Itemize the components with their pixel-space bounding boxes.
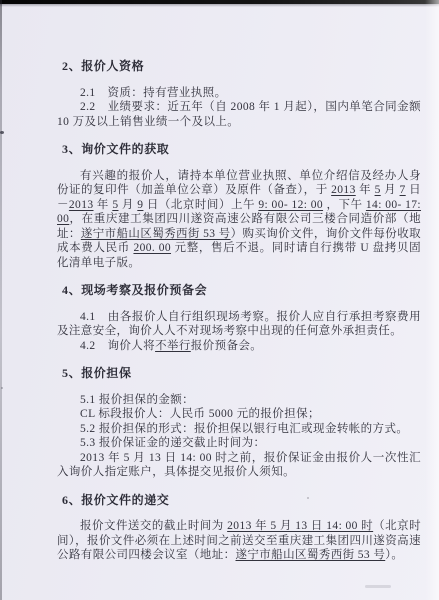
section-bid-guarantee: 5、报价担保 5.1 报价担保的金额： CL 标段报价人：人民币 5000 元的…: [57, 366, 421, 480]
underlined-text: 200. 00: [133, 242, 171, 254]
paragraph-site-visit-4-1: 4.1 由各报价人自行组织现场考察。报价人应自行承担考察费用及注意安全，询价人人…: [57, 310, 421, 339]
text-segment: CL 标段报价人：人民币 5000 元的报价担保；: [80, 408, 320, 420]
underlined-text: 不举行: [155, 340, 191, 352]
paragraph-site-visit-4-2: 4.2 询价人将不举行报价预备会。: [57, 339, 421, 354]
text-segment: 2013 年 5 月 13 日 14: 00 时之前，报价保证金由报价人一次性汇…: [57, 452, 421, 479]
section-bid-submission: 6、报价文件的递交 报价文件送交的截止时间为 2013 年 5 月 13 日 1…: [57, 493, 421, 563]
text-segment: ，下午: [323, 199, 366, 211]
text-segment: 报价预备会。: [191, 340, 262, 352]
section-bidder-qualification: 2、报价人资格 2.1 资质：持有营业执照。 2.2 业绩要求：近五年（自 20…: [57, 59, 421, 129]
text-segment: 5.2 报价担保的形式：报价担保以银行电汇或现金转帐的方式。: [80, 423, 408, 435]
scan-border-top-shadow: [0, 4, 439, 7]
text-segment: 5.3 报价保证金的递交截止时间为：: [80, 437, 265, 449]
paragraph-guarantee-5-1: 5.1 报价担保的金额：: [57, 393, 421, 408]
paragraph-guarantee-cl-section: CL 标段报价人：人民币 5000 元的报价担保；: [57, 407, 421, 422]
text-segment: 年: [94, 199, 113, 211]
text-segment: ）。: [385, 549, 403, 561]
paragraph-guarantee-5-3: 5.3 报价保证金的递交截止时间为：: [57, 436, 421, 451]
scanned-document-page: 2、报价人资格 2.1 资质：持有营业执照。 2.2 业绩要求：近五年（自 20…: [0, 0, 439, 600]
underlined-text: 2013 年 5 月 13 日 14: 00 时: [227, 520, 373, 532]
section-inquiry-document-acquisition: 3、询价文件的获取 有兴趣的报价人，请持本单位营业执照、单位介绍信及经办人身份证…: [57, 142, 421, 270]
underlined-text: 2013: [69, 199, 94, 211]
scan-speck: [1, 387, 3, 389]
text-segment: 5.1 报价担保的金额：: [80, 394, 194, 406]
text-segment: 4.1 由各报价人自行组织现场考察。报价人应自行承担考察费用及注意安全，询价人人…: [57, 311, 421, 338]
text-segment: 日（北京时间）上午: [143, 199, 258, 211]
scan-border-left: [0, 0, 2, 600]
section-heading: 2、报价人资格: [57, 59, 421, 74]
scan-smudge: [365, 585, 391, 588]
text-segment: 2.1 资质：持有营业执照。: [80, 87, 226, 99]
text-segment: 4.2 询价人将: [80, 340, 155, 352]
underlined-text: 2013: [331, 184, 356, 196]
paragraph-qualification-2-1: 2.1 资质：持有营业执照。: [57, 86, 421, 101]
text-segment: 年: [356, 184, 375, 196]
paragraph-guarantee-5-2: 5.2 报价担保的形式：报价担保以银行电汇或现金转帐的方式。: [57, 422, 421, 437]
text-segment: 报价文件送交的截止时间为: [80, 520, 227, 532]
paragraph-guarantee-deadline: 2013 年 5 月 13 日 14: 00 时之前，报价保证金由报价人一次性汇…: [57, 451, 421, 480]
document-content: 2、报价人资格 2.1 资质：持有营业执照。 2.2 业绩要求：近五年（自 20…: [57, 59, 421, 563]
section-heading: 6、报价文件的递交: [57, 493, 421, 508]
section-heading: 3、询价文件的获取: [57, 142, 421, 157]
text-segment: 月: [118, 199, 137, 211]
underlined-text: 9: 00- 12: 00: [258, 199, 323, 211]
section-site-visit: 4、现场考察及报价预备会 4.1 由各报价人自行组织现场考察。报价人应自行承担考…: [57, 283, 421, 353]
paragraph-qualification-2-2: 2.2 业绩要求：近五年（自 2008 年 1 月起），国内单笔合同金额 10 …: [57, 100, 421, 129]
scan-speck: [0, 131, 4, 134]
paragraph-submission-deadline: 报价文件送交的截止时间为 2013 年 5 月 13 日 14: 00 时（北京…: [57, 519, 421, 563]
paragraph-acquisition-details: 有兴趣的报价人，请持本单位营业执照、单位介绍信及经办人身份证的复印件（加盖单位公…: [57, 169, 421, 271]
text-segment: 2.2 业绩要求：近五年（自 2008 年 1 月起），国内单笔合同金额 10 …: [57, 101, 421, 128]
underlined-text: 遂宁市船山区蜀秀西街 53 号: [236, 549, 386, 561]
text-segment: 月: [381, 184, 400, 196]
section-heading: 5、报价担保: [57, 366, 421, 381]
section-heading: 4、现场考察及报价预备会: [57, 283, 421, 298]
underlined-text: 遂宁市船山区蜀秀西街 53 号: [81, 228, 231, 240]
scan-edge-highlight-right: [425, 0, 439, 600]
